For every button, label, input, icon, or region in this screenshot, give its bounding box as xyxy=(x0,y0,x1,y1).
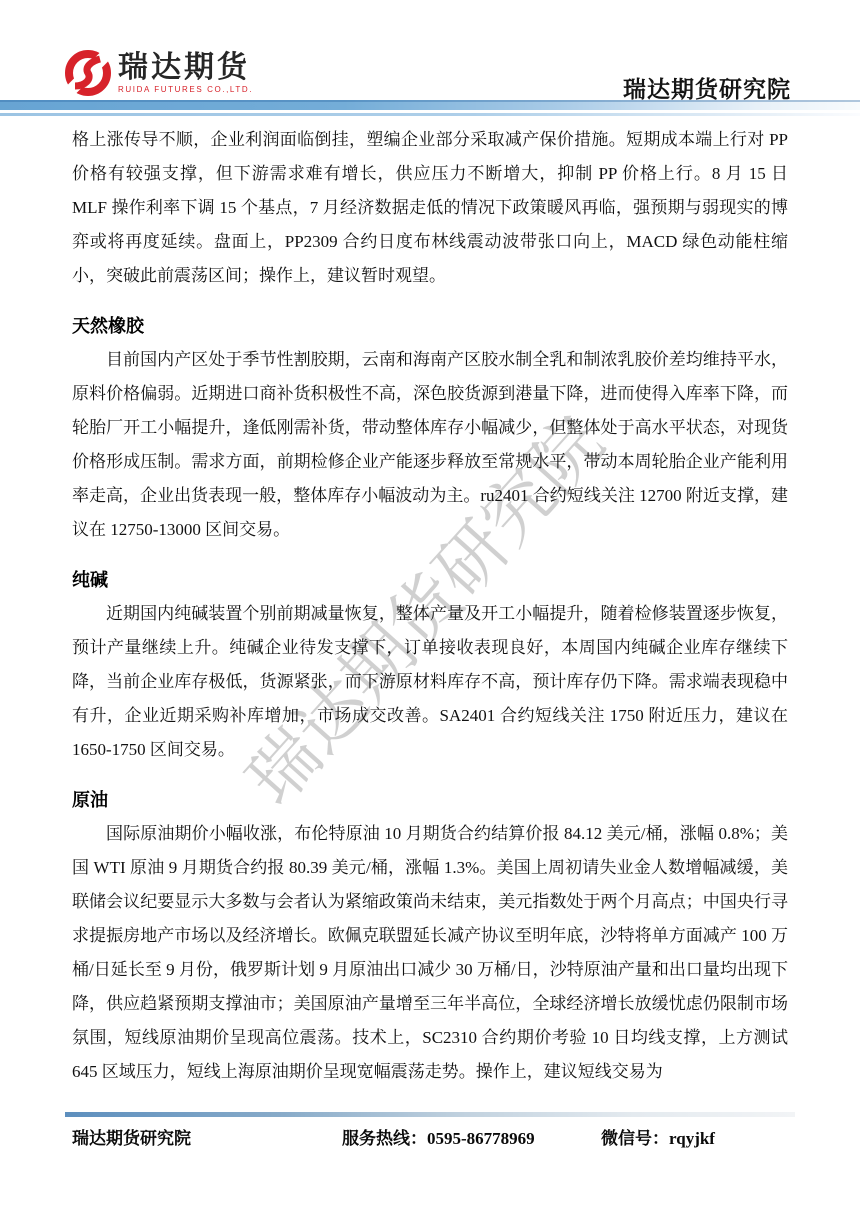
paragraph-soda-ash: 近期国内纯碱装置个别前期减量恢复，整体产量及开工小幅提升，随着检修装置逐步恢复，… xyxy=(72,597,788,767)
paragraph-pp-continuation: 格上涨传导不顺，企业利润面临倒挂，塑编企业部分采取减产保价措施。短期成本端上行对… xyxy=(72,123,788,293)
report-body: 格上涨传导不顺，企业利润面临倒挂，塑编企业部分采取减产保价措施。短期成本端上行对… xyxy=(72,123,788,1089)
page-header: 瑞达期货 RUIDA FUTURES CO.,LTD. 瑞达期货研究院 xyxy=(0,0,860,118)
ruida-logo-icon xyxy=(63,48,113,98)
section-heading-crude-oil: 原油 xyxy=(72,783,788,817)
document-page: 瑞达期货研究院 瑞达期货 RUIDA FUTURES CO.,LTD. 瑞达期货… xyxy=(0,0,860,1217)
logo-text-block: 瑞达期货 RUIDA FUTURES CO.,LTD. xyxy=(118,52,253,94)
footer-wechat: 微信号：rqyjkf xyxy=(601,1124,715,1149)
header-divider-line xyxy=(0,113,860,116)
paragraph-crude-oil: 国际原油期价小幅收涨，布伦特原油 10 月期货合约结算价报 84.12 美元/桶… xyxy=(72,817,788,1089)
section-heading-soda-ash: 纯碱 xyxy=(72,563,788,597)
company-logo: 瑞达期货 RUIDA FUTURES CO.,LTD. xyxy=(63,48,253,98)
brand-name: 瑞达期货 xyxy=(118,52,253,84)
footer-institute: 瑞达期货研究院 xyxy=(72,1124,191,1149)
footer-divider-bar xyxy=(65,1112,795,1117)
section-heading-natural-rubber: 天然橡胶 xyxy=(72,309,788,343)
header-divider-bar xyxy=(0,100,860,110)
brand-name-en: RUIDA FUTURES CO.,LTD. xyxy=(118,85,253,94)
footer-hotline: 服务热线：0595-86778969 xyxy=(342,1124,535,1149)
page-footer: 瑞达期货研究院 服务热线：0595-86778969 微信号：rqyjkf xyxy=(0,1108,860,1168)
paragraph-natural-rubber: 目前国内产区处于季节性割胶期，云南和海南产区胶水制全乳和制浓乳胶价差均维持平水，… xyxy=(72,343,788,547)
